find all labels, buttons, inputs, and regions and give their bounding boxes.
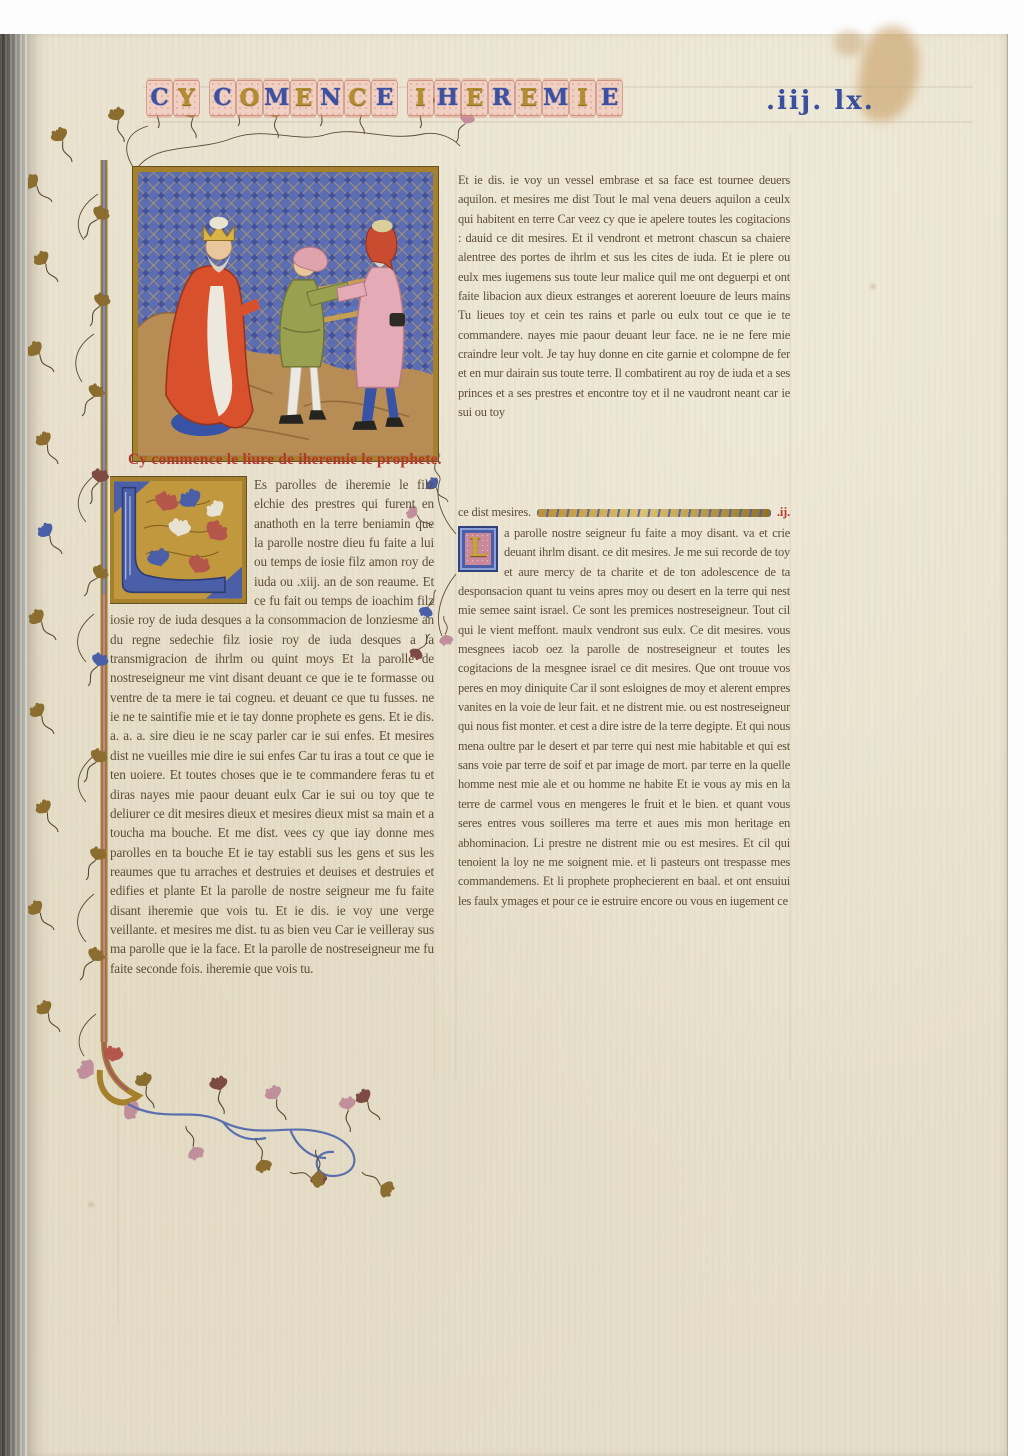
title-letter: M [264, 81, 289, 115]
rubric-line: Cy commence le liure de iheremie le prop… [128, 451, 468, 469]
chapter-end-text: ce dist mesires. [458, 503, 531, 522]
bottom-ivy-vine [128, 1070, 397, 1200]
title-letter: Y [174, 81, 199, 115]
right-column-part1: Et ie dis. ie voy un vessel embrase et s… [458, 171, 790, 502]
chapter-divider-row: ce dist mesires. .ij. [458, 502, 790, 524]
title-letter: E [372, 81, 397, 115]
gold-line-filler [537, 509, 771, 517]
initial-letter: L [460, 528, 496, 570]
folio-number: .iij. lx. [766, 86, 875, 116]
title-letter: E [291, 81, 316, 115]
title-letter: I [408, 81, 433, 115]
miniature-scene [138, 172, 433, 456]
title-letter: I [570, 81, 595, 115]
left-text-column: Es parolles de iheremie le filz elchie d… [110, 475, 434, 1079]
title-letter: E [462, 81, 487, 115]
title-letter: E [597, 81, 622, 115]
title-letter: C [147, 81, 172, 115]
title-band: CYCOMENCEIHEREMIE [146, 81, 623, 115]
parchment-speck [88, 1202, 94, 1207]
right-text-column: Et ie dis. ie voy un vessel embrase et s… [458, 171, 790, 1119]
left-margin-ivy [28, 125, 112, 1056]
title-letter: C [210, 81, 235, 115]
title-letter: M [543, 81, 568, 115]
title-letter: N [318, 81, 343, 115]
parchment-page: CYCOMENCEIHEREMIE .iij. lx. [28, 34, 1008, 1456]
miniature [133, 167, 438, 461]
decorated-initial-L [110, 477, 246, 603]
small-initial-L: L [458, 526, 498, 572]
chapter-number: .ij. [777, 503, 790, 522]
manuscript-photo: { "page": { "title_text": "Cy comence Ih… [0, 0, 1024, 1456]
parchment-stain [834, 30, 864, 56]
title-letter: H [435, 81, 460, 115]
book-page-edges [0, 34, 28, 1456]
right-column-part2-wrap: L a parolle nostre seigneur fu faite a m… [458, 524, 790, 1086]
title-letter: E [516, 81, 541, 115]
parchment-speck [870, 284, 876, 289]
title-letter: C [345, 81, 370, 115]
right-column-part2: a parolle nostre seigneur fu faite a moy… [458, 526, 790, 908]
title-letter: O [237, 81, 262, 115]
title-letter: R [489, 81, 514, 115]
